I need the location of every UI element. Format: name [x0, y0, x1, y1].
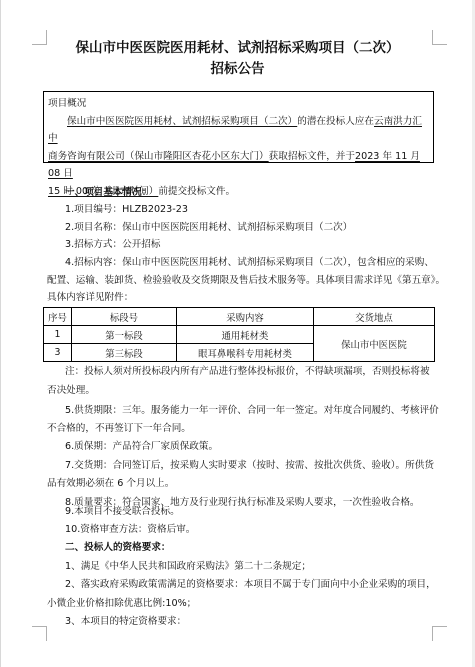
overview-text: 的潜在投标人应在	[297, 116, 374, 127]
paragraph: 6.质保期：产品符合厂家质保政策。	[65, 440, 433, 454]
table-header: 序号	[44, 308, 72, 326]
paragraph: 7.交货期：合同签订后，按采购人实时要求（按时、按需、按批次供货、验收）。所供货	[65, 459, 433, 473]
lot-table: 序号 标段号 采购内容 交货地点 1 第一标段 通用耗材类 保山市中医医院 3 …	[43, 307, 435, 362]
paragraph: 配置、运输、装卸货、检验验收及交货期限及售后技术服务等。具体项目需求详见《第五章…	[47, 274, 433, 288]
paragraph: 小微企业价格扣除优惠比例:10%；	[47, 597, 433, 611]
page-left-edge	[0, 0, 1, 667]
paragraph: 5.供货期限：三年。服务能力一年一评价、合同一年一签定。对年度合同履约、考核评价	[65, 404, 433, 418]
table-cell: 通用耗材类	[177, 326, 314, 344]
paragraph: 注：投标人须对所投标段内所有产品进行整体投标报价，不得缺项漏项，否则投标将被	[65, 365, 433, 379]
paragraph: 品有效期必须在 6 个月以上。	[47, 477, 433, 491]
table-cell: 1	[44, 326, 72, 344]
paragraph: 4.招标内容：保山市中医医院医用耗材、试剂招标采购项目（二次），包含相应的采购、	[65, 256, 433, 270]
table-header: 标段号	[72, 308, 177, 326]
paragraph: 具体内容详见附件：	[47, 291, 433, 305]
table-cell-delivery: 保山市中医医院	[314, 326, 435, 362]
overview-heading: 项目概况	[48, 95, 429, 113]
margin-corner-mark	[432, 626, 447, 641]
table-header: 采购内容	[177, 308, 314, 326]
paragraph: 10.资格审查方法：资格后审。	[65, 523, 433, 537]
section-heading: 一、项目基本情况：	[65, 186, 433, 200]
paragraph: 1、满足《中华人民共和国政府采购法》第二十二条规定；	[65, 560, 433, 574]
table-header: 交货地点	[314, 308, 435, 326]
paragraph: 2.项目名称：保山市中医医院医用耗材、试剂招标采购项目（二次）	[65, 221, 433, 235]
table-cell: 第一标段	[72, 326, 177, 344]
overview-text: 获取招标文件，并于	[269, 151, 355, 162]
table-row: 1 第一标段 通用耗材类 保山市中医医院	[44, 326, 435, 344]
paragraph: 1.项目编号：HLZB2023-23	[65, 203, 433, 217]
overview-agency-cont: 商务咨询有限公司（保山市隆阳区杏花小区东大门）	[48, 151, 269, 162]
paragraph: 不合格的，不再签订下一年合同。	[47, 422, 433, 436]
table-header-row: 序号 标段号 采购内容 交货地点	[44, 308, 435, 326]
margin-corner-mark	[32, 626, 47, 641]
table-cell: 3	[44, 344, 72, 362]
paragraph: 否决处理。	[47, 384, 433, 398]
overview-project-name: 保山市中医医院医用耗材、试剂招标采购项目（二次）	[67, 116, 297, 127]
project-overview-box: 项目概况 保山市中医医院医用耗材、试剂招标采购项目（二次）的潜在投标人应在云南洪…	[43, 91, 434, 163]
document-subtitle: 招标公告	[0, 57, 475, 77]
table-cell: 眼耳鼻喉科专用耗材类	[177, 344, 314, 362]
section-heading: 二、投标人的资格要求：	[65, 541, 433, 555]
paragraph: 9.本项目不接受联合投标。	[65, 505, 433, 519]
table-cell: 第三标段	[72, 344, 177, 362]
paragraph: 3、本项目的特定资格要求：	[65, 615, 433, 629]
paragraph: 2、落实政府采购政策需满足的资格要求：本项目不属于专门面向中小企业采购的项目，	[65, 578, 433, 592]
document-title: 保山市中医医院医用耗材、试剂招标采购项目（二次）	[0, 36, 475, 56]
paragraph: 3.招标方式：公开招标	[65, 238, 433, 252]
